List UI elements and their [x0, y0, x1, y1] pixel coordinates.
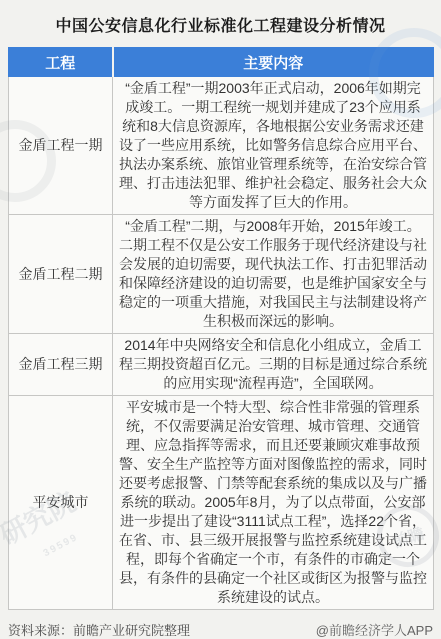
footer: 资料来源：前瞻产业研究院整理 @前瞻经济学人APP	[8, 620, 433, 639]
analysis-table: 工程 主要内容 金盾工程一期 “金盾工程”一期2003年正式启动，2006年如期…	[8, 47, 434, 610]
page-title: 中国公安信息化行业标准化工程建设分析情况	[0, 0, 441, 47]
table-row: 金盾工程三期 2014年中央网络安全和信息化小组成立，金盾工程三期投资超百亿元。…	[9, 334, 434, 396]
project-cell: 金盾工程三期	[9, 334, 113, 396]
project-cell: 金盾工程一期	[9, 77, 113, 215]
source-note: 资料来源：前瞻产业研究院整理	[8, 620, 190, 639]
header-row: 工程 主要内容	[9, 48, 434, 77]
table-row: 金盾工程一期 “金盾工程”一期2003年正式启动，2006年如期完成竣工。一期工…	[9, 77, 434, 215]
table-row: 平安城市 平安城市是一个特大型、综合性非常强的管理系统，不仅需要满足治安管理、城…	[9, 396, 434, 610]
project-cell: 金盾工程二期	[9, 215, 113, 334]
content-cell: 平安城市是一个特大型、综合性非常强的管理系统，不仅需要满足治安管理、城市管理、交…	[113, 396, 434, 610]
content-cell: 2014年中央网络安全和信息化小组成立，金盾工程三期投资超百亿元。三期的目标是通…	[113, 334, 434, 396]
project-cell: 平安城市	[9, 396, 113, 610]
column-header-project: 工程	[9, 48, 113, 77]
content-cell: “金盾工程”一期2003年正式启动，2006年如期完成竣工。一期工程统一规划并建…	[113, 77, 434, 215]
credit-note: @前瞻经济学人APP	[316, 620, 433, 639]
table-row: 金盾工程二期 “金盾工程”二期，与2008年开始，2015年竣工。二期工程不仅是…	[9, 215, 434, 334]
content-cell: “金盾工程”二期，与2008年开始，2015年竣工。二期工程不仅是公安工作服务于…	[113, 215, 434, 334]
column-header-content: 主要内容	[113, 48, 434, 77]
